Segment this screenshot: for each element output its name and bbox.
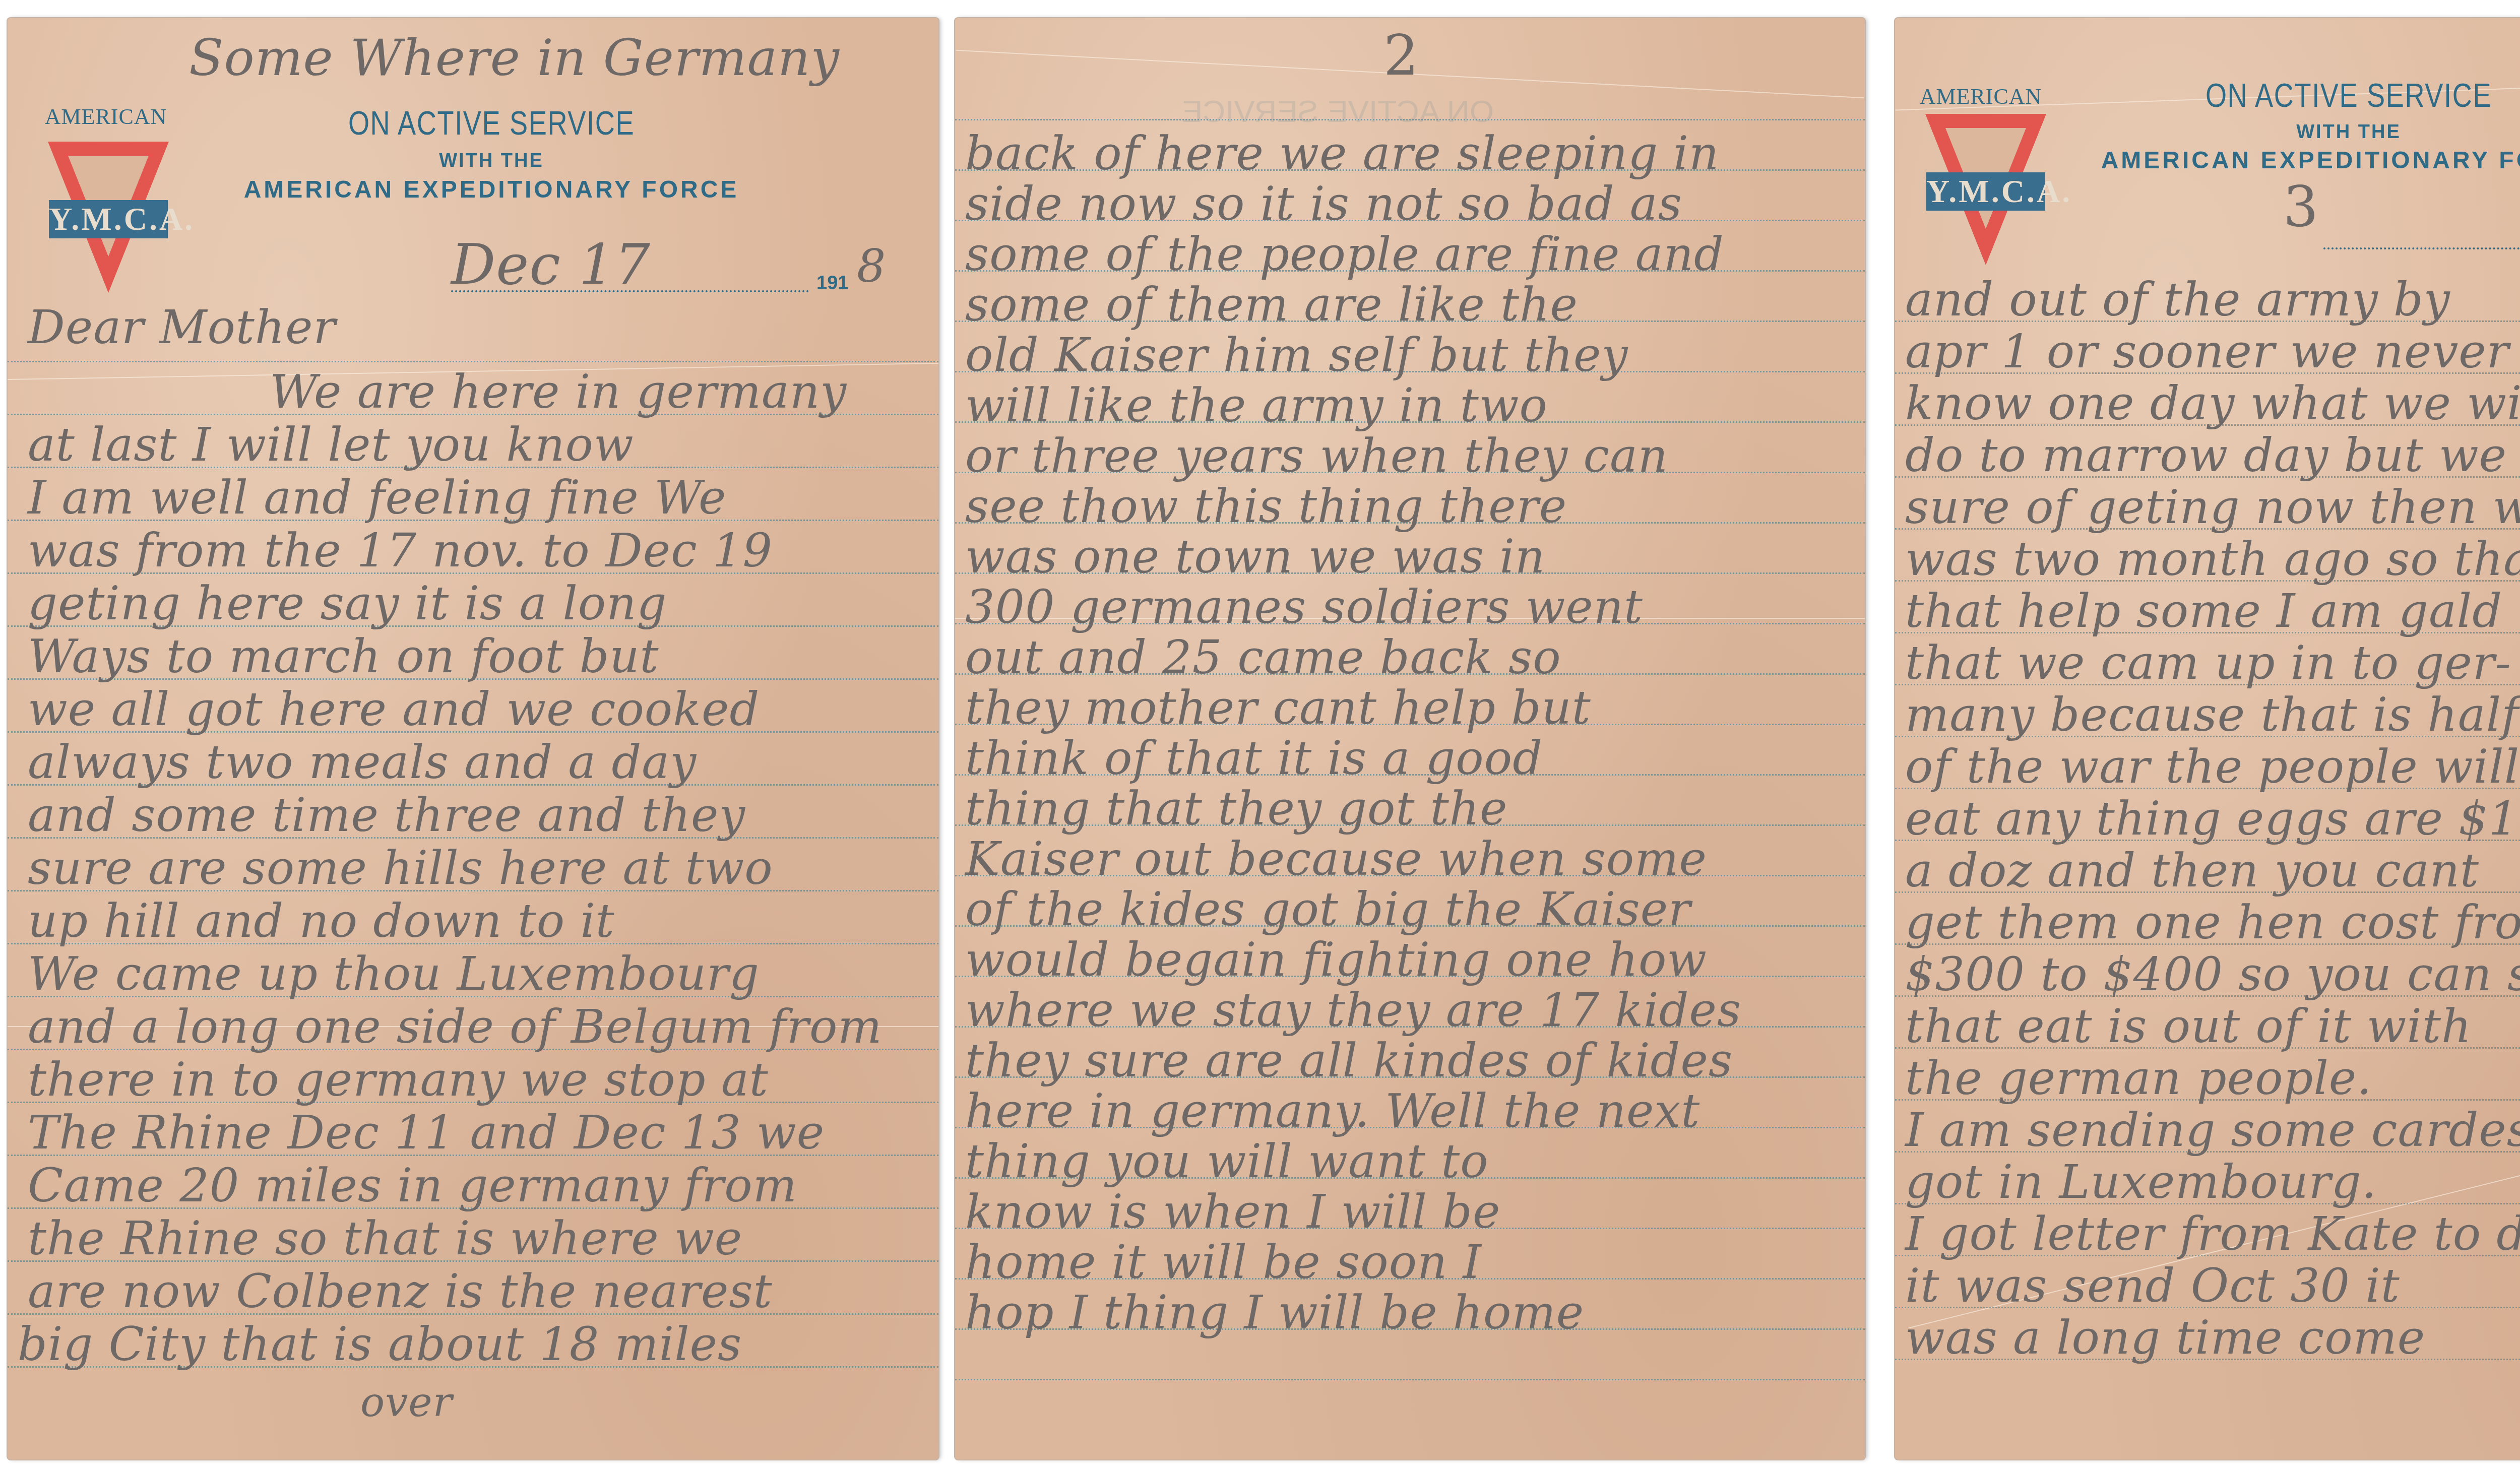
letter-line: see thow this thing there [965, 479, 1567, 533]
letterhead-bleedthrough: ON ACTIVE SERVICE [1182, 94, 1494, 130]
letter-line: and out of the army by [1905, 273, 2450, 327]
letter-line: the german people. [1905, 1051, 2372, 1105]
greeting: Dear Mother [28, 300, 336, 354]
letter-line: big City that is about 18 miles [18, 1317, 742, 1371]
letter-line: at last I will let you know [28, 418, 634, 472]
letterhead-aef: AMERICAN EXPEDITIONARY FORCE [239, 176, 743, 204]
letter-line: it was send Oct 30 it [1905, 1259, 2400, 1313]
letter-line: was a long time come [1905, 1311, 2425, 1365]
letterhead-on-active-service: ON ACTIVE SERVICE [2183, 76, 2514, 114]
letter-line: was two month ago so that [1905, 532, 2520, 586]
letter-page-3: AMERICAN Y.M.C.A. ON ACTIVE SERVICE WITH… [1895, 18, 2520, 1459]
letter-line: home it will be soon I [965, 1235, 1482, 1289]
letter-line: I got letter from Kate to day [1905, 1207, 2520, 1261]
year-prefix: 191 [816, 273, 848, 294]
letter-line: got in Luxembourg. [1905, 1155, 2377, 1209]
letter-line: eat any thing eggs are $1.50 [1905, 792, 2520, 846]
letter-line: was one town we was in [965, 530, 1545, 584]
ymca-triangle-logo-icon: Y.M.C.A. [48, 142, 169, 293]
letter-line: thing that they got the [965, 782, 1507, 836]
ruled-line [8, 361, 938, 362]
letter-line: some of the people are fine and [965, 227, 1724, 281]
letter-line: thing you will want to [965, 1134, 1489, 1188]
letter-line: there in to germany we stop at [28, 1053, 769, 1107]
letter-date: Dec 17 [451, 232, 651, 297]
letter-line: We are here in germany [270, 365, 847, 419]
letter-line: sure are some hills here at two [28, 841, 773, 895]
letter-line: back of here we are sleeping in [965, 126, 1719, 180]
letter-line: 300 germanes soldiers went [965, 580, 1643, 634]
letter-line: of the war the people will [1905, 740, 2519, 794]
letter-line: The Rhine Dec 11 and Dec 13 we [28, 1106, 825, 1160]
letter-line: do to marrow day but we are [1905, 428, 2520, 482]
letter-line: or three years when they can [965, 429, 1668, 483]
page-number: 2 [1383, 23, 1419, 88]
letter-line: apr 1 or sooner we never [1905, 325, 2509, 378]
letter-line: $300 to $400 so you can see to [1905, 947, 2520, 1001]
letter-line: and a long one side of Belgum from [28, 1000, 883, 1054]
page-number: 3 [2283, 174, 2319, 239]
ruled-line [955, 119, 1865, 120]
letter-line: will like the army in two [965, 378, 1548, 432]
letter-line: up hill and no down to it [28, 894, 615, 948]
letter-line: I am well and feeling fine We [28, 471, 727, 525]
letter-line: a doz and then you cant [1905, 844, 2479, 898]
letter-line: would begain fighting one how [965, 933, 1707, 987]
letter-line: many because that is half [1905, 688, 2519, 742]
letter-line: old Kaiser him self but they [965, 328, 1628, 382]
letter-page-2: ON ACTIVE SERVICE 2 back of here we are … [955, 18, 1865, 1459]
letterhead-on-active-service: ON ACTIVE SERVICE [326, 104, 657, 142]
letter-line: Ways to march on foot but [28, 629, 659, 683]
letter-line: the Rhine so that is where we [28, 1211, 742, 1265]
letter-line: know is when I will be [965, 1185, 1500, 1239]
letter-line: Kaiser out because when some [965, 832, 1707, 886]
letterhead-american: AMERICAN [1918, 84, 2044, 109]
letter-line: always two meals and a day [28, 735, 697, 789]
ruled-line [955, 1379, 1865, 1380]
location-heading: Some Where in Germany [189, 28, 840, 87]
date-line [2323, 247, 2520, 249]
letter-line: out and 25 came back so [965, 630, 1561, 684]
year-suffix: 8 [857, 240, 886, 293]
letter-line: here in germany. Well the next [965, 1084, 1700, 1138]
letter-line: they sure are all kindes of kides [965, 1034, 1733, 1088]
letter-line: We came up thou Luxembourg [28, 947, 760, 1001]
ymca-triangle-logo-icon: Y.M.C.A. [1925, 114, 2046, 265]
letter-line: Came 20 miles in germany from [28, 1159, 797, 1212]
letter-line: get them one hen cost from [1905, 896, 2520, 949]
letter-line: that help some I am gald [1905, 584, 2502, 638]
letterhead-with-the: WITH THE [2147, 121, 2520, 143]
ymca-label: Y.M.C.A. [49, 200, 168, 238]
letter-line: know one day what we will [1905, 376, 2520, 430]
letterhead-american: AMERICAN [43, 104, 169, 130]
letter-line: and some time three and they [28, 788, 745, 842]
letter-line: they mother cant help but [965, 681, 1591, 735]
letter-line: are now Colbenz is the nearest [28, 1264, 773, 1318]
letterhead-aef: AMERICAN EXPEDITIONARY FORCE [2097, 147, 2520, 174]
letter-line: that eat is out of it with [1905, 999, 2472, 1053]
letterhead-with-the: WITH THE [290, 150, 693, 172]
letter-line: of the kides got big the Kaiser [965, 882, 1691, 936]
letter-line: some of them are like the [965, 278, 1578, 332]
letter-line: think of that it is a good [965, 731, 1543, 785]
letter-line: was from the 17 nov. to Dec 19 [28, 524, 773, 578]
date-line [451, 290, 809, 292]
letter-line: sure of geting now then we [1905, 480, 2520, 534]
letter-line: where we stay they are 17 kides [965, 983, 1741, 1037]
letter-line: geting here say it is a long [28, 577, 667, 630]
letter-line: I am sending some cardes I [1905, 1103, 2520, 1157]
letter-line: side now so it is not so bad as [965, 177, 1682, 231]
letter-page-1: Some Where in Germany AMERICAN Y.M.C.A. … [8, 18, 938, 1459]
letter-line: that we cam up in to ger- [1905, 636, 2511, 690]
page-turn-note: over [360, 1379, 453, 1426]
letter-line: hop I thing I will be home [965, 1286, 1584, 1339]
ymca-label: Y.M.C.A. [1926, 172, 2045, 211]
letter-line: we all got here and we cooked [28, 682, 760, 736]
